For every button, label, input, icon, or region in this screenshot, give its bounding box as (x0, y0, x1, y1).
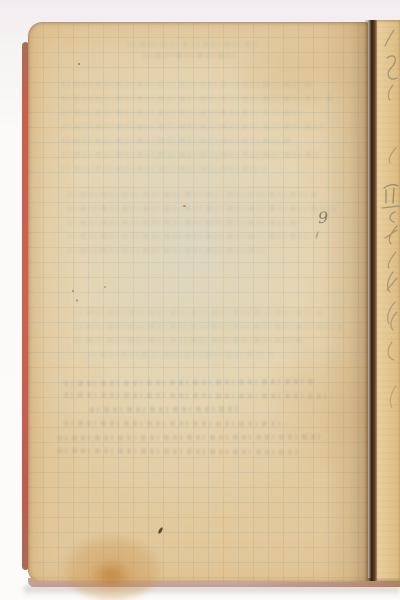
bleedthrough-writing-line (143, 53, 238, 58)
paper-speck (315, 231, 319, 239)
handwriting-stroke (382, 206, 399, 208)
faint-pencil-writing-line (64, 379, 314, 386)
handwriting-stroke (387, 56, 397, 79)
handwriting-stroke (388, 85, 393, 100)
bleedthrough-writing-line (68, 192, 318, 197)
handwriting-stroke (389, 148, 396, 163)
bleedthrough-writing-line (62, 96, 334, 101)
bleedthrough-writing-line (62, 124, 326, 129)
paper-mottling (238, 40, 348, 104)
paper-speck (183, 205, 186, 207)
handwriting-stroke (387, 272, 397, 292)
handwriting-strokes (377, 20, 400, 581)
paper-speck (78, 63, 80, 65)
bleedthrough-writing-line (88, 352, 272, 357)
right-notebook-page (377, 20, 400, 581)
left-notebook-page: 9 (28, 22, 368, 582)
handwriting-stroke (388, 302, 397, 330)
handwriting-stroke (385, 30, 394, 46)
handwriting-stroke (388, 342, 394, 360)
bleedthrough-writing-line (74, 338, 306, 343)
bleedthrough-writing-line (74, 310, 322, 315)
bleedthrough-writing-line (68, 248, 266, 253)
bleedthrough-writing-line (62, 110, 304, 115)
faint-pencil-writing-line (90, 406, 242, 412)
paper-speck (104, 286, 106, 288)
handwriting-stroke (388, 252, 396, 268)
bleedthrough-writing-line (62, 138, 294, 143)
bleedthrough-writing-line (68, 220, 300, 225)
notebook-scan: 9 (0, 0, 400, 600)
bleedthrough-writing-line (68, 206, 336, 211)
faint-pencil-writing-line (64, 392, 332, 398)
bleedthrough-writing-line (62, 82, 314, 87)
rust-stain-core (90, 560, 132, 590)
paper-speck (157, 527, 163, 535)
spine-gap-shadow (364, 20, 378, 581)
handwriting-stroke (390, 386, 396, 408)
handwriting-stroke (385, 226, 397, 244)
bleedthrough-writing-line (62, 152, 318, 157)
faint-pencil-writing-line (64, 421, 286, 427)
paper-speck (76, 299, 78, 302)
faint-pencil-writing-line (58, 448, 300, 455)
bleedthrough-writing-line (62, 166, 266, 171)
faint-pencil-writing-line (58, 434, 320, 440)
bleedthrough-writing-line (128, 42, 258, 47)
handwriting-stroke (384, 185, 398, 203)
bleedthrough-writing-line (68, 234, 312, 239)
paper-speck (72, 290, 74, 292)
bleedthrough-writing-line (74, 324, 342, 329)
handwriting-stroke (390, 212, 395, 222)
paper-mottling (278, 352, 368, 462)
